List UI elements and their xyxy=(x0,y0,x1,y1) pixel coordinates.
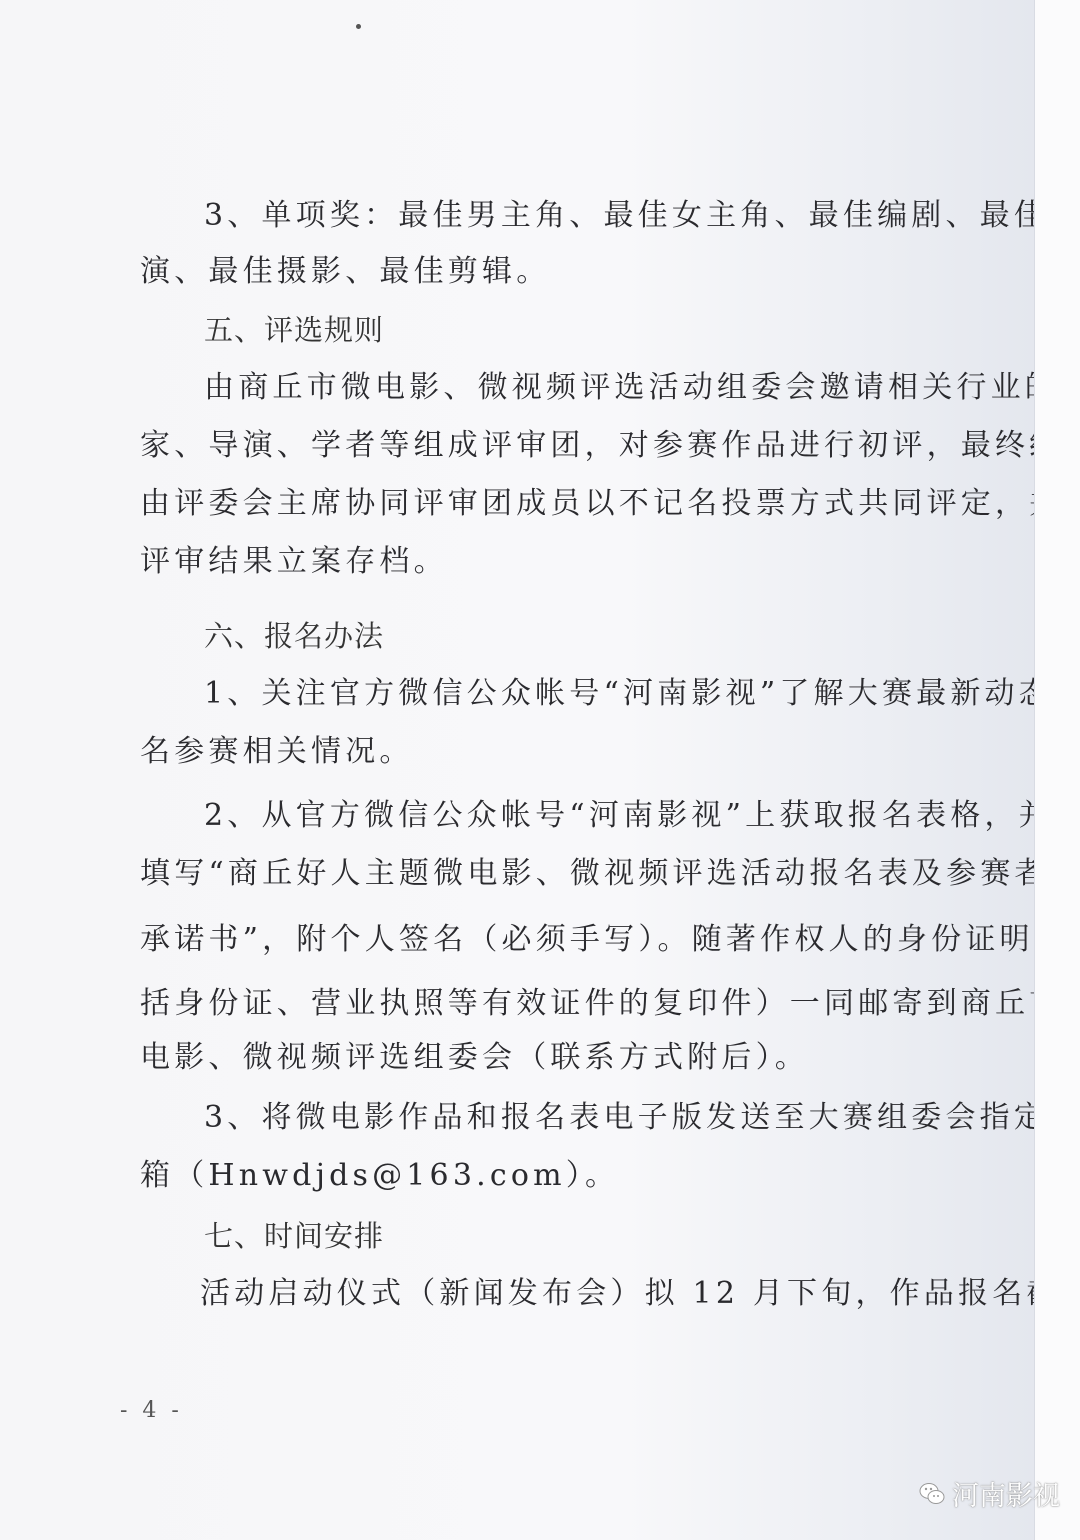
watermark: 河南影视 xyxy=(918,1474,1060,1513)
body-line: 评审结果立案存档。 xyxy=(140,542,448,582)
body-line: 电影、微视频评选组委会（联系方式附后）。 xyxy=(140,1038,809,1078)
body-line: 由评委会主席协同评审团成员以不记名投票方式共同评定，并对 xyxy=(140,484,1080,524)
body-line: 演、最佳摄影、最佳剪辑。 xyxy=(140,252,550,292)
body-line-email: 箱（Hnwdjds@163.com）。 xyxy=(140,1156,619,1196)
section-heading-schedule: 七、时间安排 xyxy=(204,1216,384,1256)
scanned-page: 3、单项奖：最佳男主角、最佳女主角、最佳编剧、最佳导 演、最佳摄影、最佳剪辑。 … xyxy=(0,0,1034,1540)
watermark-label: 河南影视 xyxy=(952,1474,1060,1513)
body-line: 承诺书”，附个人签名（必须手写）。随著作权人的身份证明（包 xyxy=(140,920,1080,960)
ink-speck xyxy=(356,24,361,29)
wechat-icon xyxy=(918,1480,946,1508)
scan-edge xyxy=(1034,0,1080,1540)
body-line: 由商丘市微电影、微视频评选活动组委会邀请相关行业的专 xyxy=(204,368,1080,408)
page-number: - 4 - xyxy=(120,1398,183,1423)
body-line: 填写“商丘好人主题微电影、微视频评选活动报名表及参赛者授权 xyxy=(140,854,1080,894)
section-heading-registration: 六、报名办法 xyxy=(204,616,384,656)
body-line: 活动启动仪式（新闻发布会）拟 12 月下旬，作品报名截止 xyxy=(200,1274,1080,1314)
section-heading-judging-rules: 五、评选规则 xyxy=(204,310,384,350)
body-line: 2、从官方微信公众帐号“河南影视”上获取报名表格，并详细 xyxy=(204,796,1080,836)
body-line: 1、关注官方微信公众帐号“河南影视”了解大赛最新动态、报 xyxy=(204,674,1080,714)
body-line: 家、导演、学者等组成评审团，对参赛作品进行初评，最终结果 xyxy=(140,426,1080,466)
body-line: 名参赛相关情况。 xyxy=(140,732,414,772)
body-line: 3、单项奖：最佳男主角、最佳女主角、最佳编剧、最佳导 xyxy=(204,196,1080,236)
body-line: 3、将微电影作品和报名表电子版发送至大赛组委会指定邮 xyxy=(204,1098,1080,1138)
body-line: 括身份证、营业执照等有效证件的复印件）一同邮寄到商丘市微 xyxy=(140,984,1080,1024)
